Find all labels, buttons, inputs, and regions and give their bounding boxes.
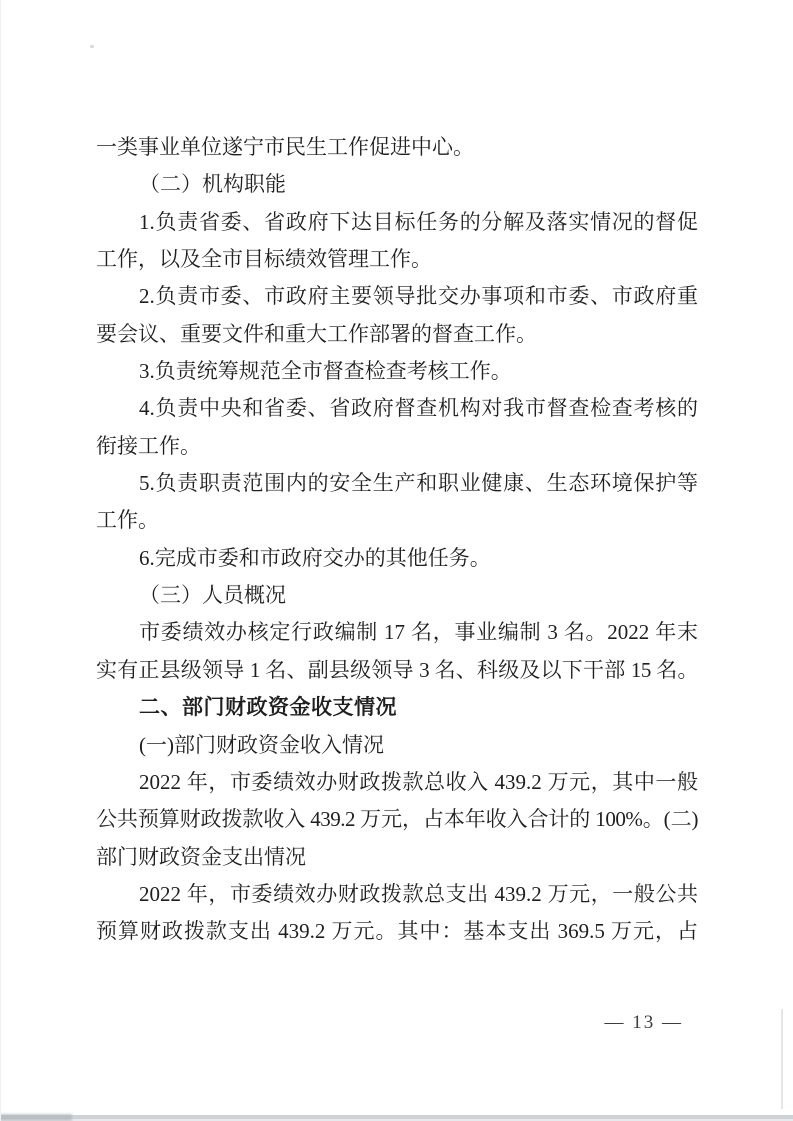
text-line: 二、部门财政资金收支情况	[96, 689, 698, 726]
text-line: 实有正县级领导 1 名、副县级领导 3 名、科级及以下干部 15 名。	[96, 652, 698, 689]
page-number: — 13 —	[605, 1012, 684, 1034]
text-line: 工作。	[96, 502, 698, 539]
text-line: 1.负责省委、省政府下达目标任务的分解及落实情况的督促	[96, 204, 698, 241]
text-line: 工作，以及全市目标绩效管理工作。	[96, 241, 698, 278]
text-line: 衔接工作。	[96, 428, 698, 465]
text-line: 市委绩效办核定行政编制 17 名，事业编制 3 名。2022 年末	[96, 614, 698, 651]
document-page: 一类事业单位遂宁市民生工作促进中心。（二）机构职能1.负责省委、省政府下达目标任…	[0, 0, 793, 1121]
text-line: (一)部门财政资金收入情况	[96, 727, 698, 764]
text-line: 2022 年，市委绩效办财政拨款总收入 439.2 万元，其中一般	[96, 764, 698, 801]
text-line: 5.负责职责范围内的安全生产和职业健康、生态环境保护等	[96, 465, 698, 502]
scan-left-edge	[0, 0, 1, 1121]
text-line: 部门财政资金支出情况	[96, 839, 698, 876]
text-line: （二）机构职能	[96, 166, 698, 203]
text-line: 预算财政拨款支出 439.2 万元。其中：基本支出 369.5 万元，占	[96, 913, 698, 950]
text-line: 4.负责中央和省委、省政府督查机构对我市督查检查考核的	[96, 390, 698, 427]
scan-speck	[90, 45, 94, 48]
text-line: 2.负责市委、市政府主要领导批交办事项和市委、市政府重	[96, 278, 698, 315]
text-line: （三）人员概况	[96, 577, 698, 614]
text-line: 2022 年，市委绩效办财政拨款总支出 439.2 万元，一般公共	[96, 876, 698, 913]
scan-right-edge	[781, 1009, 783, 1109]
document-text-block: 一类事业单位遂宁市民生工作促进中心。（二）机构职能1.负责省委、省政府下达目标任…	[96, 129, 698, 951]
text-line: 6.完成市委和市政府交办的其他任务。	[96, 540, 698, 577]
text-line: 3.负责统筹规范全市督查检查考核工作。	[96, 353, 698, 390]
text-line: 公共预算财政拨款收入 439.2 万元，占本年收入合计的 100%。(二)	[96, 801, 698, 838]
text-line: 一类事业单位遂宁市民生工作促进中心。	[96, 129, 698, 166]
text-line: 要会议、重要文件和重大工作部署的督查工作。	[96, 316, 698, 353]
scan-bottom-edge	[0, 1114, 793, 1121]
scan-bottom-corner-shadow	[0, 1114, 72, 1121]
